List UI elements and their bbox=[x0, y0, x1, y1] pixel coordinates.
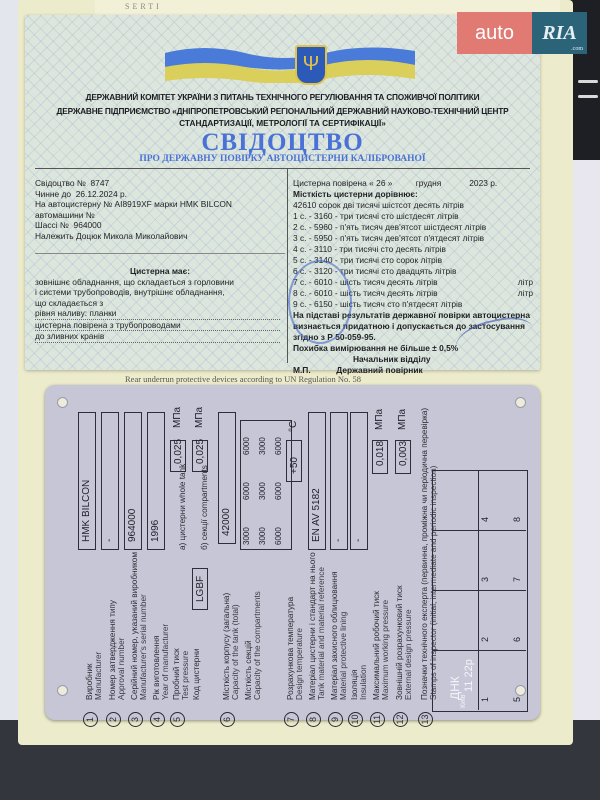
grid-line bbox=[432, 590, 526, 591]
plate-label-en: Insulation bbox=[359, 665, 368, 700]
chassis-number: 964000 bbox=[74, 220, 102, 230]
tank-material-value: EN AV 5182 bbox=[311, 488, 322, 542]
pen-stripe bbox=[578, 80, 598, 83]
unit-mpa: МПа bbox=[397, 409, 408, 430]
plate-label-en: Capacity of the compartments bbox=[253, 591, 262, 700]
section-capacity: 2 с. - 5960 - п'ять тисяч дев'ятсот шіст… bbox=[293, 222, 533, 233]
section-capacity: 3 с. - 5950 - п'ять тисяч дев'ятсот п'ят… bbox=[293, 233, 533, 244]
row-number-7: 7 bbox=[284, 712, 299, 727]
stamp-cell-number: 3 bbox=[480, 577, 490, 582]
column-divider bbox=[287, 168, 288, 363]
stamp-cell-number: 7 bbox=[512, 577, 522, 582]
plate-label-en: Capacity of the tank (total) bbox=[231, 604, 240, 700]
header-enterprise-cont: СТАНДАРТИЗАЦІЇ, МЕТРОЛОГІЇ ТА СЕРТИФІКАЦ… bbox=[25, 118, 540, 128]
certificate-number: 8747 bbox=[91, 178, 110, 188]
capacity-total-value: 42000 bbox=[221, 508, 232, 536]
plate-label-ua: Серійний номер, указаний виробником bbox=[130, 552, 139, 700]
external-pressure-value: 0,003 bbox=[398, 441, 409, 466]
unit-mpa: МПа bbox=[172, 407, 183, 428]
plate-label-en: Tank material and material reference bbox=[317, 567, 326, 700]
folder-stamp: SERTI bbox=[125, 2, 162, 11]
plate-label-en: Material protective lining bbox=[339, 612, 348, 700]
section-capacity-value: 6000 bbox=[242, 437, 251, 455]
plate-label-ua: Матеріал захисного облицювання bbox=[330, 571, 339, 700]
test-pressure-whole-value: 0,025 bbox=[173, 439, 184, 464]
verified-month: грудня bbox=[416, 178, 442, 188]
rivet-hole-icon bbox=[57, 397, 68, 408]
stamp-cell-number: 4 bbox=[480, 517, 490, 522]
row-number-9: 9 bbox=[328, 712, 343, 727]
plate-label-ua: Максимальний робочий тиск bbox=[372, 591, 381, 700]
section-capacity-value: 3000 bbox=[258, 527, 267, 545]
brand: HMK BILCON bbox=[180, 199, 232, 209]
certificate-title: СВІДОЦТВО bbox=[25, 129, 540, 157]
section-capacity-value: 3000 bbox=[242, 527, 251, 545]
plate-label-en: Approval number bbox=[117, 638, 126, 700]
plate-label-en: Manufacturer's serial number bbox=[139, 594, 148, 700]
grid-line bbox=[432, 650, 526, 651]
divider bbox=[35, 168, 530, 169]
stamp-cell-number: 5 bbox=[512, 697, 522, 702]
pen-stripe bbox=[578, 95, 598, 98]
row-number-12: 12 bbox=[393, 712, 408, 727]
section-capacity: 4 с. - 3110 - три тисячі сто десять літр… bbox=[293, 244, 533, 255]
stamp-cell-number: 6 bbox=[512, 637, 522, 642]
plate-label-ua: Код цистерни bbox=[192, 649, 201, 700]
row-number-8: 8 bbox=[306, 712, 321, 727]
grid-line bbox=[432, 530, 526, 531]
plate-label-ua: Номер затвердження типу bbox=[108, 600, 117, 700]
owner: Доцюк Микола Миколайович bbox=[76, 231, 188, 241]
unit-mpa: МПа bbox=[194, 407, 205, 428]
compartments-label: б) секції compartments bbox=[200, 465, 209, 550]
ukraine-flag-ribbon-icon bbox=[165, 43, 415, 83]
plate-label-en: Maximum working pressure bbox=[381, 600, 390, 700]
plate-label-en: Manufacturer bbox=[94, 652, 103, 700]
autoria-watermark: auto RIA.com bbox=[457, 12, 587, 54]
plate-label-en: Test pressure bbox=[181, 651, 190, 700]
section-capacity-value: 3000 bbox=[258, 482, 267, 500]
verified-year: 2023 bbox=[469, 178, 488, 188]
row-number-11: 11 bbox=[370, 712, 385, 727]
serial-number-value: 964000 bbox=[127, 509, 138, 542]
design-temperature-value: +50 bbox=[289, 457, 300, 474]
plate-label-en: Year of manufacturer bbox=[161, 624, 170, 700]
plate-label-ua: Зовнішній розрахунковий тиск bbox=[395, 585, 404, 700]
header-committee: ДЕРЖАВНИЙ КОМІТЕТ УКРАЇНИ З ПИТАНЬ ТЕХНІ… bbox=[25, 92, 540, 102]
section-capacity-value: 3000 bbox=[258, 437, 267, 455]
max-working-pressure-value: 0,018 bbox=[375, 441, 386, 466]
section-capacity-value: 6000 bbox=[274, 482, 283, 500]
approval-number-value: - bbox=[104, 539, 115, 542]
certificate-left-info: Свідоцтво № 8747 Чинне до 26.12.2024 р. … bbox=[35, 178, 232, 241]
plate-label-en: Design temperature bbox=[295, 628, 304, 700]
year-value: 1996 bbox=[150, 520, 161, 542]
insulation-value-box bbox=[350, 412, 368, 550]
plate-label-ua: Матеріал цистерни і стандарт на нього bbox=[308, 552, 317, 700]
section-capacity-value: 6000 bbox=[242, 482, 251, 500]
plate-label-ua: Ізоляція bbox=[350, 670, 359, 700]
manufacturer-value: HMK BILCON bbox=[81, 480, 92, 542]
plate-label-ua: Місткість секцій bbox=[244, 640, 253, 700]
official-stamp-icon bbox=[288, 260, 352, 344]
section-capacity-value: 6000 bbox=[274, 437, 283, 455]
row-number-2: 2 bbox=[106, 712, 121, 727]
plate-label-ua: Пробний тиск bbox=[172, 648, 181, 700]
plate-label-ua: Позначки технічного експерта (первинна, … bbox=[420, 408, 429, 700]
stamps-grid bbox=[432, 470, 528, 712]
lining-value: - bbox=[333, 539, 344, 542]
whole-tank-label: а) цистерни whole tank bbox=[178, 464, 187, 550]
row-number-13: 13 bbox=[418, 712, 433, 727]
valid-until: 26.12.2024 р. bbox=[76, 189, 127, 199]
certificate-subtitle: ПРО ДЕРЖАВНУ ПОВІРКУ АВТОЦИСТЕРНИ КАЛІБР… bbox=[25, 154, 540, 164]
row-number-5: 5 bbox=[170, 712, 185, 727]
total-capacity: 42610 сорок дві тисячі шістсот десять лі… bbox=[293, 200, 533, 211]
section-capacity-value: 6000 bbox=[274, 527, 283, 545]
tank-number: AI8919XF bbox=[115, 199, 152, 209]
verification-certificate: Ψ ДЕРЖАВНИЙ КОМІТЕТ УКРАЇНИ З ПИТАНЬ ТЕХ… bbox=[25, 15, 540, 370]
rivet-hole-icon bbox=[57, 685, 68, 696]
stamp-cell-number: 8 bbox=[512, 517, 522, 522]
row-number-1: 1 bbox=[83, 712, 98, 727]
row-number-10: 10 bbox=[348, 712, 363, 727]
section-capacity: 1 с. - 3160 - три тисячі сто шістдесят л… bbox=[293, 211, 533, 222]
unit-celsius: °C bbox=[288, 421, 299, 432]
rivet-hole-icon bbox=[515, 397, 526, 408]
lining-value-box bbox=[330, 412, 348, 550]
inspection-stamp-date: 11 22р bbox=[463, 659, 475, 692]
test-pressure-compartments-value: 0,025 bbox=[195, 439, 206, 464]
header-enterprise: ДЕРЖАВНЕ ПІДПРИЄМСТВО «ДНІПРОПЕТРОВСЬКИЙ… bbox=[25, 106, 540, 116]
approval-number-value-box bbox=[101, 412, 119, 550]
underlying-document-text: Rear underrun protective devices accordi… bbox=[125, 374, 361, 384]
row-number-4: 4 bbox=[150, 712, 165, 727]
plate-label-en: External design pressure bbox=[404, 609, 413, 700]
divider bbox=[35, 253, 285, 254]
tank-code-value: LGBF bbox=[195, 576, 206, 602]
row-number-6: 6 bbox=[220, 712, 235, 727]
tank-equipment: Цистерна має: зовнішнє обладнання, що ск… bbox=[35, 266, 285, 343]
plate-label-ua: Розрахункова температура bbox=[286, 597, 295, 700]
plate-label-ua: Місткість корпусу (загальна) bbox=[222, 593, 231, 700]
stamp-cell-number: 2 bbox=[480, 637, 490, 642]
coat-of-arms-icon: Ψ bbox=[295, 45, 327, 85]
plate-label-ua: Виробник bbox=[85, 663, 94, 700]
stamp-cell-number: 1 bbox=[480, 697, 490, 702]
unit-mpa: МПа bbox=[374, 409, 385, 430]
inspection-stamp-place: Київ bbox=[460, 694, 467, 708]
row-number-3: 3 bbox=[128, 712, 143, 727]
insulation-value: - bbox=[353, 539, 364, 542]
plate-label-ua: Рік виготовлення bbox=[152, 636, 161, 700]
verified-day: 26 bbox=[376, 178, 385, 188]
